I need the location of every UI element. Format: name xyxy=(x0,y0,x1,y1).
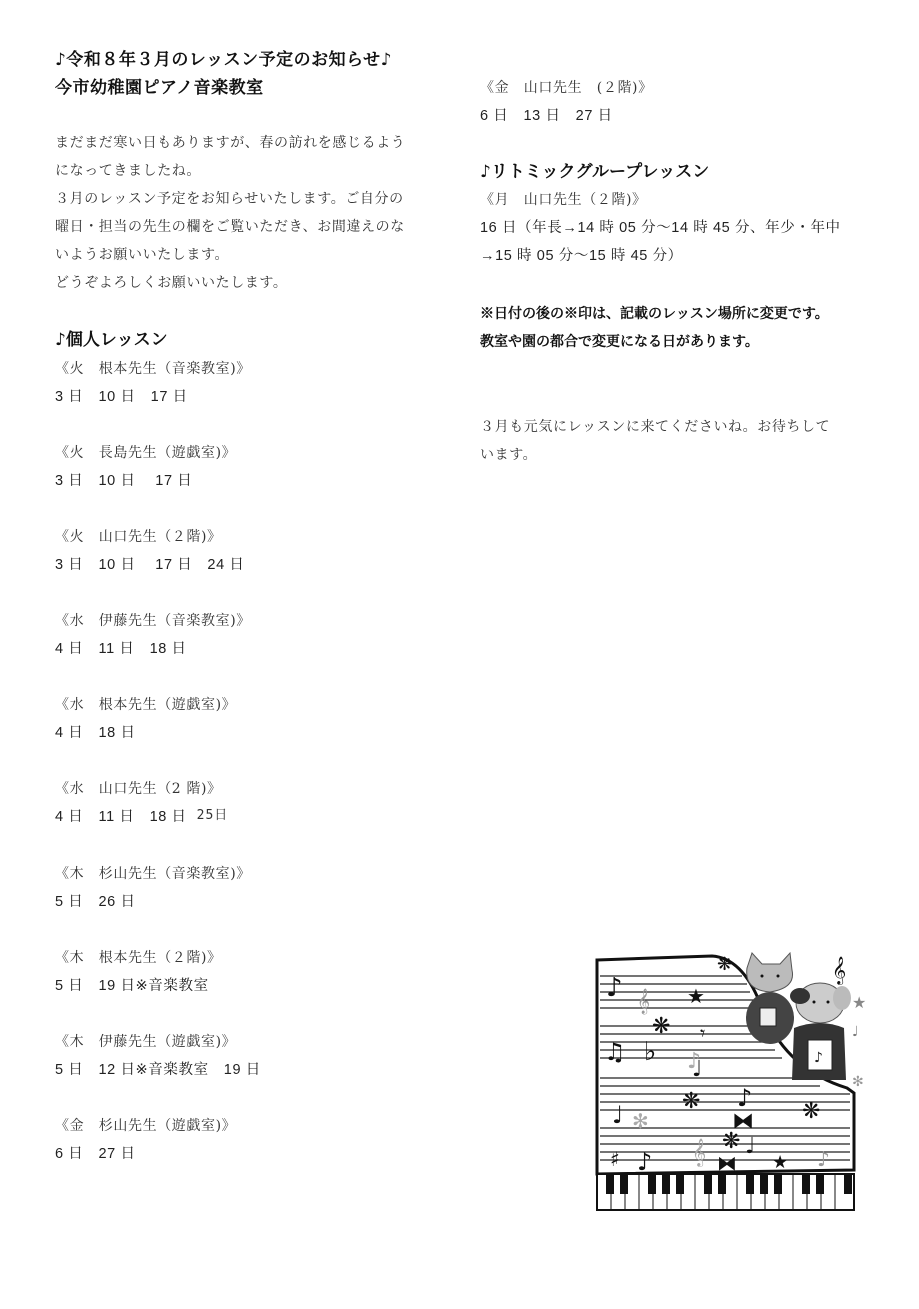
svg-text:❋: ❋ xyxy=(682,1089,700,1114)
spacer xyxy=(55,297,455,325)
lesson-dates: 6 日 13 日 27 日 xyxy=(480,102,900,130)
svg-text:♩: ♩ xyxy=(692,1057,702,1082)
teacher-label: 《月 山口先生（２階)》 xyxy=(480,186,900,214)
intro-paragraph: まだまだ寒い日もありますが、春の訪れを感じるよう になってきましたね。 ３月のレ… xyxy=(55,129,455,297)
lesson-dates: 5 日 19 日※音楽教室 xyxy=(55,972,455,1000)
lesson-dates: 3 日 10 日 17 日 24 日 xyxy=(55,551,455,579)
svg-text:♪: ♪ xyxy=(637,1148,652,1176)
svg-text:♪: ♪ xyxy=(606,973,623,1003)
svg-text:⧓: ⧓ xyxy=(717,1151,737,1175)
svg-text:𝄾: 𝄾 xyxy=(700,1021,705,1045)
intro-line: いようお願いいたします。 xyxy=(55,241,455,269)
spacer xyxy=(55,102,455,129)
teacher-label: 《火 根本先生（音楽教室)》 xyxy=(55,355,455,383)
left-column: ♪令和８年３月のレッスン予定のお知らせ♪ 今市幼稚園ピアノ音楽教室 まだまだ寒い… xyxy=(55,46,455,1196)
page-title: ♪令和８年３月のレッスン予定のお知らせ♪ xyxy=(55,46,455,74)
svg-text:❋: ❋ xyxy=(652,1014,670,1039)
svg-text:✻: ✻ xyxy=(852,1074,864,1090)
right-column: 《金 山口先生 (２階)》 6 日 13 日 27 日 ♪リトミックグループレッ… xyxy=(480,74,900,469)
schedule-group: 《木 杉山先生（音楽教室)》 5 日 26 日 xyxy=(55,860,455,916)
teacher-label: 《金 山口先生 (２階)》 xyxy=(480,74,900,102)
svg-text:♪: ♪ xyxy=(814,1050,823,1066)
lesson-dates: 5 日 26 日 xyxy=(55,888,455,916)
lesson-dates: 5 日 12 日※音楽教室 19 日 xyxy=(55,1056,455,1084)
svg-text:♭: ♭ xyxy=(644,1037,656,1067)
intro-line: になってきましたね。 xyxy=(55,157,455,185)
intro-line: ３月のレッスン予定をお知らせいたします。ご自分の xyxy=(55,185,455,213)
svg-text:★: ★ xyxy=(687,984,705,1008)
schedule-group: 《火 山口先生（２階)》 3 日 10 日 17 日 24 日 xyxy=(55,523,455,579)
schedule-group: 《金 杉山先生（遊戯室)》 6 日 27 日 xyxy=(55,1112,455,1168)
piano-keyboard xyxy=(597,1174,854,1210)
rhythmic-schedule-line: 16 日（年長→14 時 05 分～14 時 45 分、年少・年中 xyxy=(480,214,900,242)
lesson-dates: 6 日 27 日 xyxy=(55,1140,455,1168)
svg-text:𝄞: 𝄞 xyxy=(832,956,846,985)
teacher-label: 《木 根本先生（２階)》 xyxy=(55,944,455,972)
lesson-dates-row: 4 日 11 日 18 日25日 xyxy=(55,803,455,832)
handwritten-date: 25日 xyxy=(197,808,229,823)
svg-text:♪: ♪ xyxy=(817,1147,830,1171)
svg-text:✻: ✻ xyxy=(632,1109,649,1133)
schedule-group: 《火 長島先生（遊戯室)》 3 日 10 日 17 日 xyxy=(55,439,455,495)
intro-line: まだまだ寒い日もありますが、春の訪れを感じるよう xyxy=(55,129,455,157)
teacher-label: 《火 長島先生（遊戯室)》 xyxy=(55,439,455,467)
teacher-label: 《水 山口先生（2 階)》 xyxy=(55,775,455,803)
svg-text:❋: ❋ xyxy=(717,954,732,975)
section-heading-rhythmic: ♪リトミックグループレッスン xyxy=(480,158,900,186)
page-subtitle: 今市幼稚園ピアノ音楽教室 xyxy=(55,74,455,102)
svg-text:♪: ♪ xyxy=(737,1084,752,1112)
schedule-group: 《金 山口先生 (２階)》 6 日 13 日 27 日 xyxy=(480,74,900,130)
teacher-label: 《木 伊藤先生（遊戯室)》 xyxy=(55,1028,455,1056)
svg-text:♩: ♩ xyxy=(852,1024,859,1040)
lesson-dates: 4 日 18 日 xyxy=(55,719,455,747)
schedule-group: 《水 伊藤先生（音楽教室)》 4 日 11 日 18 日 xyxy=(55,607,455,663)
schedule-group: 《木 根本先生（２階)》 5 日 19 日※音楽教室 xyxy=(55,944,455,1000)
spacer xyxy=(480,356,900,413)
closing-line: います。 xyxy=(480,441,900,469)
schedule-group: 《水 山口先生（2 階)》 4 日 11 日 18 日25日 xyxy=(55,775,455,832)
svg-text:★: ★ xyxy=(852,993,866,1012)
lesson-dates: 3 日 10 日 17 日 xyxy=(55,467,455,495)
schedule-group: 《火 根本先生（音楽教室)》 3 日 10 日 17 日 xyxy=(55,355,455,411)
svg-text:★: ★ xyxy=(772,1152,788,1173)
spacer xyxy=(480,270,900,300)
teacher-label: 《水 根本先生（遊戯室)》 xyxy=(55,691,455,719)
intro-line: 曜日・担当の先生の欄をご覧いただき、お間違えのな xyxy=(55,213,455,241)
lesson-dates: 3 日 10 日 17 日 xyxy=(55,383,455,411)
piano-illustration: ♪ 𝄞 ★ ❋ ♫ ♭ ♪ 𝄾 ♩ ♪ ❋ ⧓ ♩ ✻ ❋ ❋ 𝄞 ♩ ♯ ♪ … xyxy=(592,948,877,1216)
intro-line: どうぞよろしくお願いいたします。 xyxy=(55,269,455,297)
teacher-label: 《金 杉山先生（遊戯室)》 xyxy=(55,1112,455,1140)
teacher-label: 《火 山口先生（２階)》 xyxy=(55,523,455,551)
lesson-dates: 4 日 11 日 18 日 xyxy=(55,635,455,663)
svg-text:𝄞: 𝄞 xyxy=(692,1138,706,1167)
svg-text:𝄞: 𝄞 xyxy=(637,988,650,1014)
schedule-group: 《木 伊藤先生（遊戯室)》 5 日 12 日※音楽教室 19 日 xyxy=(55,1028,455,1084)
closing-line: ３月も元気にレッスンに来てくださいね。お待ちして xyxy=(480,413,900,441)
svg-text:♩: ♩ xyxy=(612,1101,623,1129)
rhythmic-schedule-line: →15 時 05 分～15 時 45 分） xyxy=(480,242,900,270)
section-heading-individual: ♪個人レッスン xyxy=(55,325,455,355)
notice-line: ※日付の後の※印は、記載のレッスン場所に変更です。 xyxy=(480,300,900,328)
teacher-label: 《水 伊藤先生（音楽教室)》 xyxy=(55,607,455,635)
teacher-label: 《木 杉山先生（音楽教室)》 xyxy=(55,860,455,888)
spacer xyxy=(480,130,900,158)
lesson-dates: 4 日 11 日 18 日 xyxy=(55,809,187,825)
svg-text:♯: ♯ xyxy=(610,1147,620,1171)
dog-character: ♪ xyxy=(790,983,851,1080)
svg-text:❋: ❋ xyxy=(802,1099,820,1124)
svg-text:♫: ♫ xyxy=(604,1038,626,1066)
schedule-group: 《水 根本先生（遊戯室)》 4 日 18 日 xyxy=(55,691,455,747)
svg-text:♩: ♩ xyxy=(745,1134,755,1159)
notice-line: 教室や園の都合で変更になる日があります。 xyxy=(480,328,900,356)
